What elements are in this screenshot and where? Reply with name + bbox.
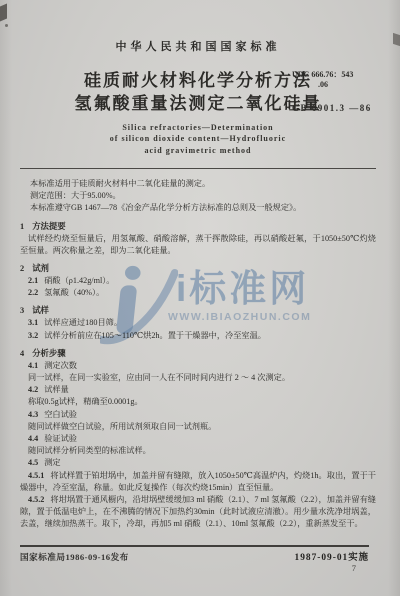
clause-4-3-title: 空白试验 xyxy=(44,410,77,419)
clause-4-5-title: 测定 xyxy=(44,458,60,467)
section-4-number: 4 xyxy=(20,349,24,358)
clause-4-5-1-number: 4.5.1 xyxy=(28,471,44,480)
clause-4-5-1: 4.5.1将试样置于铂坩埚中，加盖并留有缝隙，放入1050±50℃高温炉内，灼烧… xyxy=(20,470,376,494)
section-1-number: 1 xyxy=(20,222,24,231)
title-cn-line1: 硅质耐火材料化学分析方法 xyxy=(20,69,376,92)
clause-2-1: 2.1硝酸（ρ1.42g/ml）。 xyxy=(20,275,376,287)
clause-4-3-body: 随同试样做空白试验，所用试剂须取自同一试剂瓶。 xyxy=(20,421,376,433)
clause-2-2: 2.2氢氟酸（40%）。 xyxy=(20,287,376,299)
clause-3-1-number: 3.1 xyxy=(28,318,38,327)
clause-4-1-number: 4.1 xyxy=(28,361,38,370)
clause-4-5-2-number: 4.5.2 xyxy=(28,495,44,504)
clause-2-2-number: 2.2 xyxy=(28,288,38,297)
section-3-title: 试样 xyxy=(32,306,49,315)
title-cn-line2: 氢氟酸重量法测定二氧化硅量 xyxy=(20,92,376,115)
clause-4-5-1-text: 将试样置于铂坩埚中，加盖并留有缝隙，放入1050±50℃高温炉内，灼烧1h。取出… xyxy=(20,471,376,492)
section-3-number: 3 xyxy=(20,306,24,315)
section-2-number: 2 xyxy=(20,264,24,273)
clause-3-2-text: 试样分析前应在105～110℃烘2h。置于干燥器中，冷至室温。 xyxy=(44,331,266,340)
clause-4-5-heading: 4.5测定 xyxy=(20,457,376,469)
clause-4-2-number: 4.2 xyxy=(28,385,38,394)
intro-range: 测定范围：大于95.00%。 xyxy=(20,190,376,202)
section-4-heading: 4分析步骤 xyxy=(20,347,376,360)
clause-4-5-number: 4.5 xyxy=(28,458,38,467)
clause-4-4-heading: 4.4验证试验 xyxy=(20,433,376,445)
clause-2-2-text: 氢氟酸（40%）。 xyxy=(44,288,104,297)
section-3-heading: 3试样 xyxy=(20,304,376,317)
scan-artifact xyxy=(393,33,400,46)
section-2-title: 试剂 xyxy=(32,264,49,273)
footer-issued-date: 国家标准局1986-09-16发布 xyxy=(20,551,129,563)
clause-4-2-heading: 4.2试样量 xyxy=(20,384,376,396)
title-en-line3: acid gravimetric method xyxy=(20,145,376,156)
document-body: 本标准适用于硅质耐火材料中二氧化硅量的测定。 测定范围：大于95.00%。 本标… xyxy=(20,178,376,531)
clause-4-5-2: 4.5.2将坩埚置于通风橱内，沿坩埚壁缓缓加3 ml 硝酸（2.1）、7 ml … xyxy=(20,494,376,531)
section-4-title: 分析步骤 xyxy=(32,349,66,358)
title-en-line1: Silica refractories—Determination xyxy=(20,122,376,133)
clause-4-5-2-text: 将坩埚置于通风橱内，沿坩埚壁缓缓加3 ml 硝酸（2.1）、7 ml 氢氟酸（2… xyxy=(20,495,376,528)
clause-3-1: 3.1试样应通过180目筛。 xyxy=(20,317,376,329)
section-2-heading: 2试剂 xyxy=(20,262,376,275)
clause-2-1-text: 硝酸（ρ1.42g/ml）。 xyxy=(44,276,114,285)
section-1-heading: 1方法提要 xyxy=(20,220,376,233)
footer-implementation-date: 1987-09-01实施 xyxy=(295,549,370,563)
clause-4-4-body: 随同试样分析同类型的标准试样。 xyxy=(20,445,376,457)
clause-4-1-heading: 4.1测定次数 xyxy=(20,360,376,372)
clause-4-2-title: 试样量 xyxy=(44,385,69,394)
header-divider xyxy=(20,168,376,169)
section-1-paragraph: 试样经灼烧至恒量后，用氢氟酸、硝酸溶解，蒸干挥散除硅，再以硝酸赶氟，于1050±… xyxy=(20,233,376,257)
document-title-cn: 硅质耐火材料化学分析方法 氢氟酸重量法测定二氧化硅量 xyxy=(20,69,376,115)
clause-3-2-number: 3.2 xyxy=(28,331,38,340)
scan-artifact xyxy=(0,3,7,21)
clause-4-2-body: 称取0.5g试样，精确至0.0001g。 xyxy=(20,396,376,408)
clause-4-3-heading: 4.3空白试验 xyxy=(20,409,376,421)
clause-3-2: 3.2试样分析前应在105～110℃烘2h。置于干燥器中，冷至室温。 xyxy=(20,330,376,342)
section-1-title: 方法提要 xyxy=(32,222,66,231)
clause-4-4-title: 验证试验 xyxy=(44,434,77,443)
country-standard-header: 中华人民共和国国家标准 xyxy=(20,40,376,54)
page-number: 7 xyxy=(352,563,356,573)
clause-3-1-text: 试样应通过180目筛。 xyxy=(44,318,122,327)
clause-4-1-title: 测定次数 xyxy=(44,361,77,370)
intro-reference: 本标准遵守GB 1467—78《冶金产品化学分析方法标准的总则及一般规定》。 xyxy=(20,202,376,214)
scanned-standard-page: UDC 666.76：543 .06 GB 6901.3 —86 中华人民共和国… xyxy=(0,0,400,596)
scan-artifact xyxy=(5,24,8,27)
clause-2-1-number: 2.1 xyxy=(28,276,38,285)
intro-scope: 本标准适用于硅质耐火材料中二氧化硅量的测定。 xyxy=(20,178,376,190)
title-en-line2: of silicon dioxide content—Hydrofluoric xyxy=(20,133,376,144)
clause-4-3-number: 4.3 xyxy=(28,410,38,419)
document-title-en: Silica refractories—Determination of sil… xyxy=(20,122,376,156)
clause-4-1-body: 同一试样，在同一实验室，应由同一人在不同时间内进行 2 ～ 4 次测定。 xyxy=(20,372,376,384)
clause-4-4-number: 4.4 xyxy=(28,434,38,443)
footer-divider xyxy=(20,545,369,547)
